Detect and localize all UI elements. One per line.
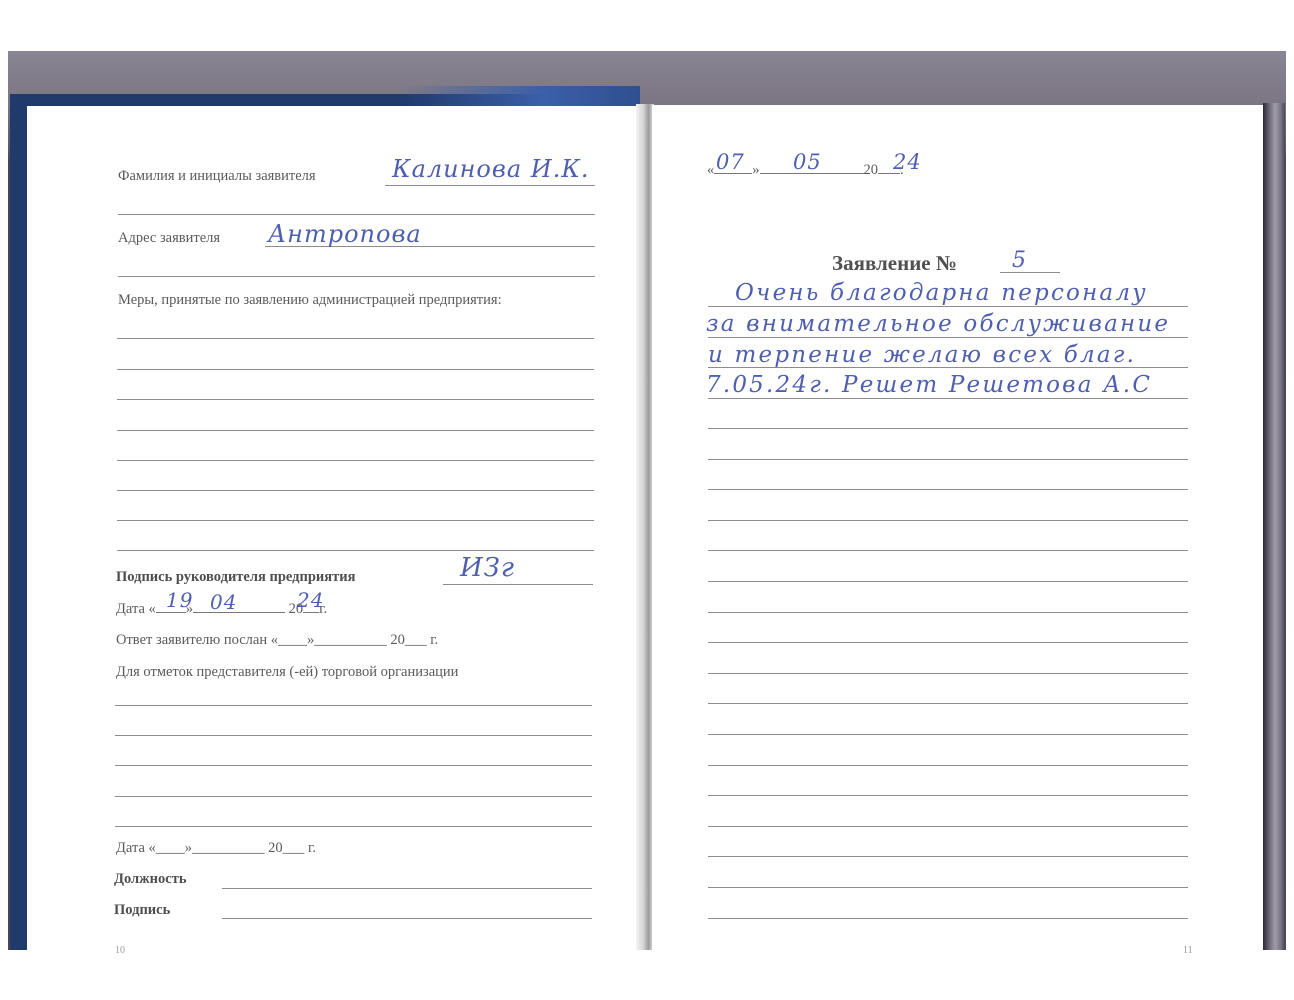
measures-rule [117, 399, 594, 400]
decision-date-year: 24 [297, 588, 324, 612]
statement-date-close: » [752, 162, 759, 178]
statement-line: 7.05.24г. Решет Решетова А.С [706, 372, 1152, 398]
statement-date-day: 07 [716, 150, 745, 174]
applicant-address-value: Антропова [268, 220, 422, 248]
applicant-name-value: Калинова И.К. [392, 155, 590, 183]
right-page-rule [708, 367, 1188, 368]
measures-label: Меры, принятые по заявлению администраци… [118, 292, 502, 309]
statement-line: и терпение желаю всех благ. [708, 342, 1136, 368]
position-label: Должность [114, 871, 187, 888]
statement-number: 5 [1012, 248, 1027, 273]
measures-rule [117, 460, 594, 461]
applicant-name-label: Фамилия и инициалы заявителя [118, 168, 316, 185]
right-page-rule [708, 550, 1188, 551]
right-page-rule [708, 795, 1188, 796]
book-cover-right-edge [1263, 103, 1285, 950]
statement-number-line [1000, 272, 1060, 273]
rep-rule [115, 705, 592, 706]
rep-date-label: Дата «____»__________ 20___ г. [116, 840, 316, 857]
right-page-rule [708, 489, 1188, 490]
statement-title: Заявление № [832, 251, 957, 276]
manager-signature-value: ИЗг [460, 553, 515, 583]
right-page-rule [708, 428, 1188, 429]
applicant-address-line-2 [118, 276, 595, 277]
right-page-rule [708, 337, 1188, 338]
right-page-rule [708, 918, 1188, 919]
decision-date-month-field [193, 600, 285, 613]
decision-date-day: 19 [166, 588, 193, 612]
statement-date-month: 05 [793, 150, 822, 174]
manager-signature-label: Подпись руководителя предприятия [116, 569, 355, 586]
measures-rule [117, 550, 594, 551]
statement-date-year: 24 [893, 150, 922, 174]
right-page-rule [708, 765, 1188, 766]
right-page-rule [708, 459, 1188, 460]
signature-line [222, 918, 592, 919]
book-cover-top-edge [400, 86, 640, 106]
measures-rule [117, 369, 594, 370]
statement-date-open: « [707, 162, 714, 178]
signature-label: Подпись [114, 902, 170, 919]
rep-rule [115, 826, 592, 827]
right-page-rule [708, 520, 1188, 521]
applicant-address-label: Адрес заявителя [118, 230, 220, 247]
right-page-number: 11 [1183, 945, 1193, 956]
right-page [652, 105, 1264, 950]
trade-rep-notes-label: Для отметок представителя (-ей) торговой… [116, 664, 458, 681]
right-page-rule [708, 856, 1188, 857]
applicant-name-line-2 [118, 214, 595, 215]
right-page-rule [708, 673, 1188, 674]
decision-date-month: 04 [210, 590, 237, 614]
right-page-rule [708, 887, 1188, 888]
measures-rule [117, 520, 594, 521]
right-page-rule [708, 826, 1188, 827]
right-page-rule [708, 703, 1188, 704]
rep-rule [115, 765, 592, 766]
right-page-rule [708, 642, 1188, 643]
right-page-rule [708, 612, 1188, 613]
rep-rule [115, 735, 592, 736]
statement-line: за внимательное обслуживание [706, 311, 1170, 337]
reply-sent-label: Ответ заявителю послан «____»__________ … [116, 632, 438, 649]
right-page-rule [708, 734, 1188, 735]
decision-date-label: Дата « [116, 601, 156, 617]
measures-rule [117, 490, 594, 491]
right-page-rule [708, 581, 1188, 582]
right-page-rule [708, 306, 1188, 307]
applicant-name-line [385, 185, 595, 186]
right-page-rule [708, 398, 1188, 399]
statement-date-year-prefix: 20 [864, 162, 879, 178]
measures-rule [117, 338, 594, 339]
measures-rule [117, 430, 594, 431]
rep-rule [115, 796, 592, 797]
statement-line: Очень благодарна персоналу [735, 280, 1148, 306]
manager-signature-line [443, 584, 593, 585]
left-page-number: 10 [115, 945, 125, 956]
position-line [222, 888, 592, 889]
